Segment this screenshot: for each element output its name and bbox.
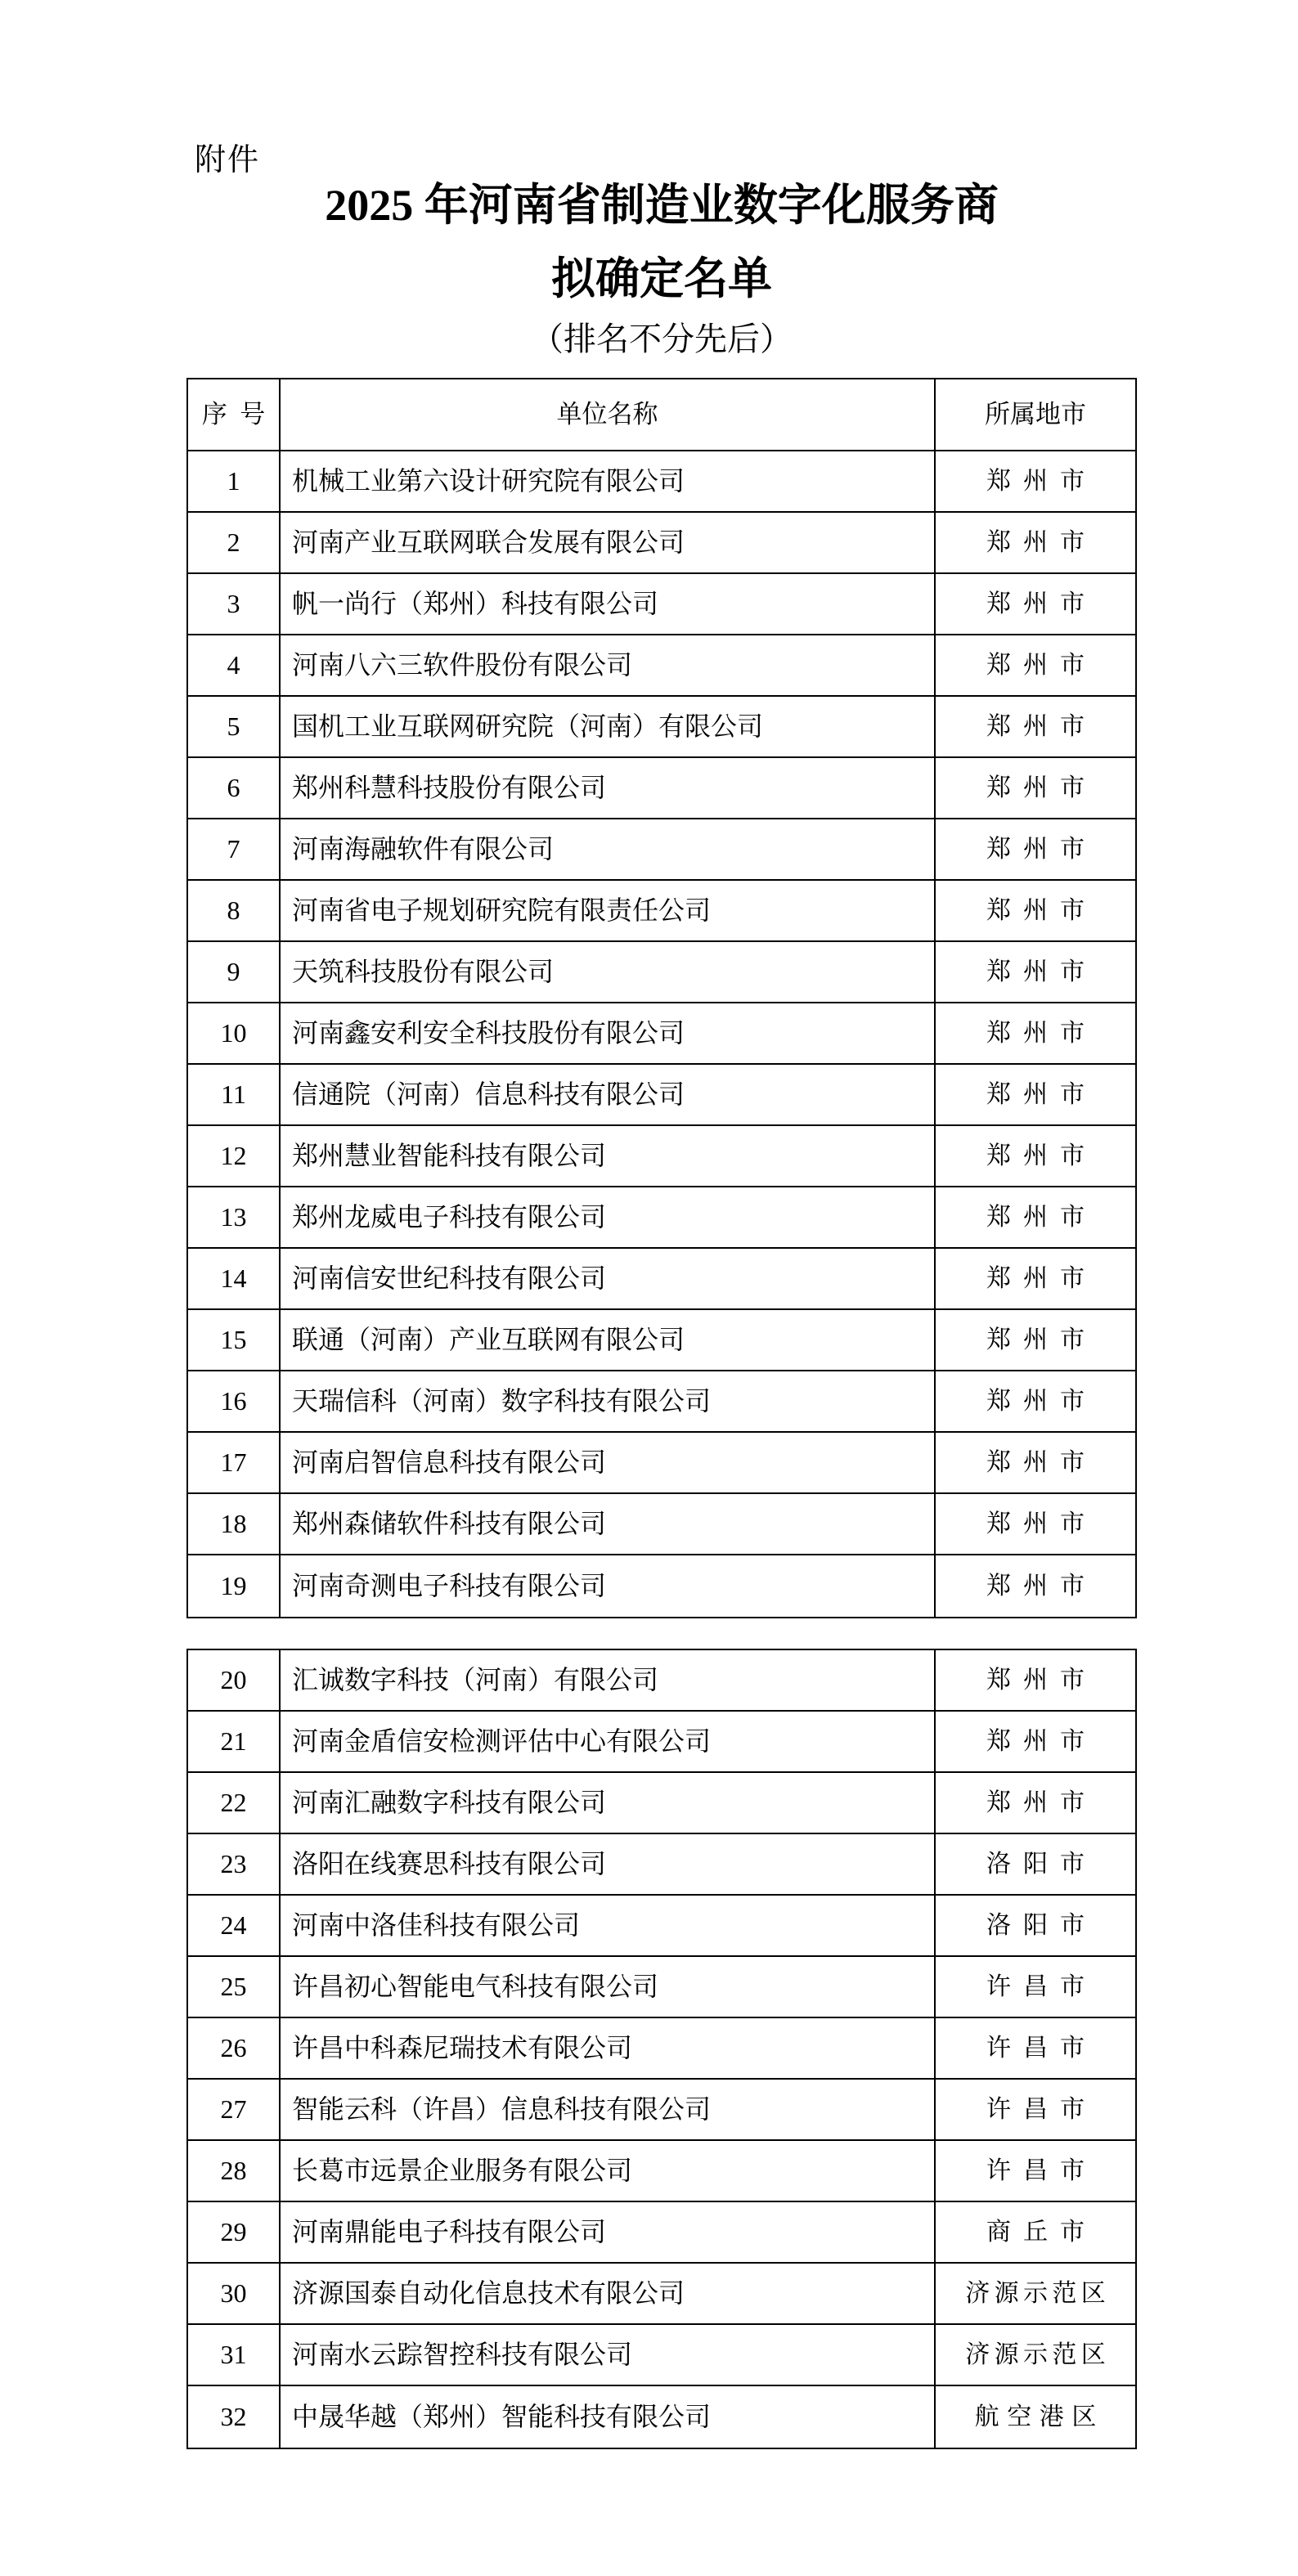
city-cell: 许昌市 <box>936 1957 1135 2017</box>
row-number-cell: 22 <box>188 1773 279 1833</box>
company-name-cell: 中晟华越（郑州）智能科技有限公司 <box>279 2386 936 2448</box>
company-name-cell: 河南启智信息科技有限公司 <box>279 1433 936 1492</box>
city-cell: 郑州市 <box>936 758 1135 818</box>
city-text: 郑州市 <box>974 1573 1097 1600</box>
header-index-label: 序号 <box>189 401 278 429</box>
city-text: 洛阳市 <box>974 1851 1097 1878</box>
row-number-cell: 9 <box>188 942 279 1002</box>
table-row: 6 郑州科慧科技股份有限公司 郑州市 <box>188 758 1135 819</box>
city-text: 济源示范区 <box>961 2341 1110 2368</box>
table-header-row: 序号 单位名称 所属地市 <box>188 379 1135 451</box>
city-text: 郑州市 <box>974 1728 1097 1755</box>
city-text: 郑州市 <box>974 1449 1097 1476</box>
city-cell: 郑州市 <box>936 697 1135 756</box>
city-text: 许昌市 <box>974 2157 1097 2184</box>
city-text: 郑州市 <box>974 590 1097 617</box>
city-text: 郑州市 <box>974 897 1097 924</box>
company-name-cell: 洛阳在线赛思科技有限公司 <box>279 1834 936 1894</box>
table-row: 9 天筑科技股份有限公司 郑州市 <box>188 942 1135 1003</box>
row-number-cell: 25 <box>188 1957 279 2017</box>
city-cell: 郑州市 <box>936 513 1135 572</box>
company-name-cell: 联通（河南）产业互联网有限公司 <box>279 1310 936 1370</box>
row-number-cell: 20 <box>188 1650 279 1710</box>
row-number-cell: 6 <box>188 758 279 818</box>
row-number-cell: 23 <box>188 1834 279 1894</box>
city-text: 郑州市 <box>974 1667 1097 1694</box>
row-number-cell: 13 <box>188 1187 279 1247</box>
table-row: 26 许昌中科森尼瑞技术有限公司 许昌市 <box>188 2018 1135 2080</box>
table-row: 10 河南鑫安利安全科技股份有限公司 郑州市 <box>188 1003 1135 1065</box>
city-text: 郑州市 <box>974 1142 1097 1169</box>
table-row: 18 郑州森储软件科技有限公司 郑州市 <box>188 1494 1135 1555</box>
header-name-label: 单位名称 <box>557 401 658 429</box>
table-row: 24 河南中洛佳科技有限公司 洛阳市 <box>188 1896 1135 1957</box>
city-text: 郑州市 <box>974 1204 1097 1231</box>
company-name-cell: 郑州慧业智能科技有限公司 <box>279 1126 936 1186</box>
company-name-cell: 河南汇融数字科技有限公司 <box>279 1773 936 1833</box>
attachment-label: 附件 <box>195 134 260 179</box>
city-cell: 郑州市 <box>936 819 1135 879</box>
table-row: 5 国机工业互联网研究院（河南）有限公司 郑州市 <box>188 697 1135 758</box>
table-row: 28 长葛市远景企业服务有限公司 许昌市 <box>188 2141 1135 2202</box>
city-cell: 航空港区 <box>936 2386 1135 2448</box>
company-name-cell: 智能云科（许昌）信息科技有限公司 <box>279 2080 936 2139</box>
table-row: 1 机械工业第六设计研究院有限公司 郑州市 <box>188 451 1135 513</box>
city-text: 许昌市 <box>974 2035 1097 2062</box>
city-text: 郑州市 <box>974 468 1097 495</box>
document-title-line2: 拟确定名单 <box>186 254 1137 304</box>
city-text: 郑州市 <box>974 1265 1097 1292</box>
city-cell: 郑州市 <box>936 1310 1135 1370</box>
city-text: 洛阳市 <box>974 1912 1097 1939</box>
table-row: 8 河南省电子规划研究院有限责任公司 郑州市 <box>188 881 1135 942</box>
row-number-cell: 30 <box>188 2264 279 2323</box>
city-cell: 郑州市 <box>936 1494 1135 1554</box>
city-text: 郑州市 <box>974 652 1097 679</box>
city-cell: 郑州市 <box>936 1712 1135 1771</box>
city-cell: 商丘市 <box>936 2202 1135 2262</box>
city-text: 商丘市 <box>974 2219 1097 2246</box>
city-cell: 郑州市 <box>936 1555 1135 1617</box>
table-row: 19 河南奇测电子科技有限公司 郑州市 <box>188 1555 1135 1617</box>
city-cell: 郑州市 <box>936 635 1135 695</box>
company-name-cell: 许昌中科森尼瑞技术有限公司 <box>279 2018 936 2078</box>
table-row: 21 河南金盾信安检测评估中心有限公司 郑州市 <box>188 1712 1135 1773</box>
document-page: 附件 2025 年河南省制造业数字化服务商 拟确定名单 （排名不分先后） 序号 … <box>0 0 1298 2576</box>
city-cell: 郑州市 <box>936 1249 1135 1308</box>
city-cell: 郑州市 <box>936 1433 1135 1492</box>
city-cell: 济源示范区 <box>936 2264 1135 2323</box>
company-name-cell: 信通院（河南）信息科技有限公司 <box>279 1065 936 1124</box>
table-row: 32 中晟华越（郑州）智能科技有限公司 航空港区 <box>188 2386 1135 2448</box>
city-text: 航空港区 <box>967 2403 1104 2430</box>
row-number-cell: 29 <box>188 2202 279 2262</box>
row-number-cell: 3 <box>188 574 279 634</box>
table-row: 31 河南水云踪智控科技有限公司 济源示范区 <box>188 2325 1135 2386</box>
header-city-label: 所属地市 <box>985 401 1086 429</box>
city-cell: 许昌市 <box>936 2018 1135 2078</box>
row-number-cell: 8 <box>188 881 279 940</box>
header-cell-index: 序号 <box>188 379 279 450</box>
company-name-cell: 河南信安世纪科技有限公司 <box>279 1249 936 1308</box>
city-text: 郑州市 <box>974 774 1097 801</box>
company-name-cell: 河南鑫安利安全科技股份有限公司 <box>279 1003 936 1063</box>
company-name-cell: 河南奇测电子科技有限公司 <box>279 1555 936 1617</box>
table-row: 4 河南八六三软件股份有限公司 郑州市 <box>188 635 1135 697</box>
table-row: 11 信通院（河南）信息科技有限公司 郑州市 <box>188 1065 1135 1126</box>
company-name-cell: 郑州科慧科技股份有限公司 <box>279 758 936 818</box>
row-number-cell: 28 <box>188 2141 279 2201</box>
table-row: 15 联通（河南）产业互联网有限公司 郑州市 <box>188 1310 1135 1371</box>
table-row: 12 郑州慧业智能科技有限公司 郑州市 <box>188 1126 1135 1187</box>
company-name-cell: 河南八六三软件股份有限公司 <box>279 635 936 695</box>
city-text: 郑州市 <box>974 1020 1097 1047</box>
city-text: 许昌市 <box>974 2096 1097 2123</box>
table-row: 20 汇诚数字科技（河南）有限公司 郑州市 <box>188 1650 1135 1712</box>
company-name-cell: 许昌初心智能电气科技有限公司 <box>279 1957 936 2017</box>
company-name-cell: 国机工业互联网研究院（河南）有限公司 <box>279 697 936 756</box>
company-name-cell: 河南中洛佳科技有限公司 <box>279 1896 936 1955</box>
city-text: 郑州市 <box>974 1081 1097 1108</box>
city-text: 郑州市 <box>974 713 1097 740</box>
company-name-cell: 郑州龙威电子科技有限公司 <box>279 1187 936 1247</box>
city-text: 许昌市 <box>974 1973 1097 2000</box>
company-name-cell: 河南产业互联网联合发展有限公司 <box>279 513 936 572</box>
city-text: 郑州市 <box>974 1789 1097 1816</box>
document-title-line1: 2025 年河南省制造业数字化服务商 <box>186 180 1137 231</box>
row-number-cell: 11 <box>188 1065 279 1124</box>
city-cell: 许昌市 <box>936 2141 1135 2201</box>
city-cell: 郑州市 <box>936 1773 1135 1833</box>
city-cell: 郑州市 <box>936 1187 1135 1247</box>
city-cell: 郑州市 <box>936 1003 1135 1063</box>
row-number-cell: 26 <box>188 2018 279 2078</box>
city-text: 济源示范区 <box>961 2280 1110 2307</box>
company-name-cell: 天筑科技股份有限公司 <box>279 942 936 1002</box>
city-cell: 郑州市 <box>936 1650 1135 1710</box>
company-name-cell: 河南金盾信安检测评估中心有限公司 <box>279 1712 936 1771</box>
city-cell: 郑州市 <box>936 1126 1135 1186</box>
table-row: 25 许昌初心智能电气科技有限公司 许昌市 <box>188 1957 1135 2018</box>
table-row: 27 智能云科（许昌）信息科技有限公司 许昌市 <box>188 2080 1135 2141</box>
table-row: 16 天瑞信科（河南）数字科技有限公司 郑州市 <box>188 1371 1135 1433</box>
table-row: 13 郑州龙威电子科技有限公司 郑州市 <box>188 1187 1135 1249</box>
row-number-cell: 5 <box>188 697 279 756</box>
company-name-cell: 天瑞信科（河南）数字科技有限公司 <box>279 1371 936 1431</box>
row-number-cell: 32 <box>188 2386 279 2448</box>
city-text: 郑州市 <box>974 1510 1097 1537</box>
city-cell: 洛阳市 <box>936 1834 1135 1894</box>
city-text: 郑州市 <box>974 958 1097 985</box>
row-number-cell: 2 <box>188 513 279 572</box>
city-text: 郑州市 <box>974 529 1097 556</box>
city-cell: 洛阳市 <box>936 1896 1135 1955</box>
city-cell: 许昌市 <box>936 2080 1135 2139</box>
ranking-note: （排名不分先后） <box>186 321 1137 358</box>
header-cell-name: 单位名称 <box>279 379 936 450</box>
row-number-cell: 18 <box>188 1494 279 1554</box>
row-number-cell: 24 <box>188 1896 279 1955</box>
row-number-cell: 12 <box>188 1126 279 1186</box>
city-cell: 郑州市 <box>936 1371 1135 1431</box>
city-cell: 郑州市 <box>936 574 1135 634</box>
table-row: 14 河南信安世纪科技有限公司 郑州市 <box>188 1249 1135 1310</box>
city-text: 郑州市 <box>974 1326 1097 1353</box>
company-name-cell: 河南省电子规划研究院有限责任公司 <box>279 881 936 940</box>
city-text: 郑州市 <box>974 836 1097 863</box>
city-cell: 济源示范区 <box>936 2325 1135 2385</box>
city-cell: 郑州市 <box>936 942 1135 1002</box>
company-table-segment-2: 20 汇诚数字科技（河南）有限公司 郑州市 21 河南金盾信安检测评估中心有限公… <box>186 1649 1137 2449</box>
company-name-cell: 机械工业第六设计研究院有限公司 <box>279 451 936 511</box>
table-row: 2 河南产业互联网联合发展有限公司 郑州市 <box>188 513 1135 574</box>
company-name-cell: 河南水云踪智控科技有限公司 <box>279 2325 936 2385</box>
table-row: 7 河南海融软件有限公司 郑州市 <box>188 819 1135 881</box>
row-number-cell: 21 <box>188 1712 279 1771</box>
city-cell: 郑州市 <box>936 451 1135 511</box>
company-name-cell: 河南鼎能电子科技有限公司 <box>279 2202 936 2262</box>
company-name-cell: 帆一尚行（郑州）科技有限公司 <box>279 574 936 634</box>
row-number-cell: 17 <box>188 1433 279 1492</box>
city-cell: 郑州市 <box>936 881 1135 940</box>
table-row: 30 济源国泰自动化信息技术有限公司 济源示范区 <box>188 2264 1135 2325</box>
row-number-cell: 1 <box>188 451 279 511</box>
row-number-cell: 10 <box>188 1003 279 1063</box>
row-number-cell: 7 <box>188 819 279 879</box>
company-name-cell: 长葛市远景企业服务有限公司 <box>279 2141 936 2201</box>
row-number-cell: 19 <box>188 1555 279 1617</box>
table-row: 3 帆一尚行（郑州）科技有限公司 郑州市 <box>188 574 1135 635</box>
row-number-cell: 16 <box>188 1371 279 1431</box>
row-number-cell: 31 <box>188 2325 279 2385</box>
city-text: 郑州市 <box>974 1388 1097 1415</box>
row-number-cell: 14 <box>188 1249 279 1308</box>
table-row: 22 河南汇融数字科技有限公司 郑州市 <box>188 1773 1135 1834</box>
company-table-segment-1: 序号 单位名称 所属地市 1 机械工业第六设计研究院有限公司 郑州市 2 河南产… <box>186 378 1137 1618</box>
company-name-cell: 济源国泰自动化信息技术有限公司 <box>279 2264 936 2323</box>
company-name-cell: 河南海融软件有限公司 <box>279 819 936 879</box>
header-cell-city: 所属地市 <box>936 379 1135 450</box>
row-number-cell: 4 <box>188 635 279 695</box>
row-number-cell: 27 <box>188 2080 279 2139</box>
table-row: 23 洛阳在线赛思科技有限公司 洛阳市 <box>188 1834 1135 1896</box>
company-name-cell: 郑州森储软件科技有限公司 <box>279 1494 936 1554</box>
row-number-cell: 15 <box>188 1310 279 1370</box>
city-cell: 郑州市 <box>936 1065 1135 1124</box>
table-row: 17 河南启智信息科技有限公司 郑州市 <box>188 1433 1135 1494</box>
company-name-cell: 汇诚数字科技（河南）有限公司 <box>279 1650 936 1710</box>
table-row: 29 河南鼎能电子科技有限公司 商丘市 <box>188 2202 1135 2264</box>
